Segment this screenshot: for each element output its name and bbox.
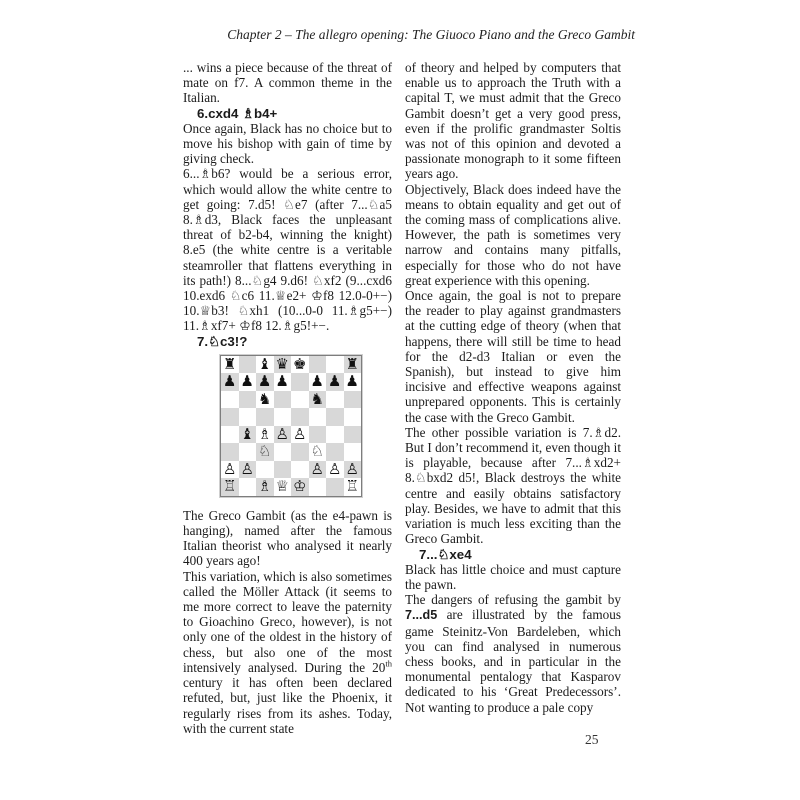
chess-piece-icon: ♙ xyxy=(276,426,289,444)
chess-piece-icon: ♞ xyxy=(311,391,324,409)
paragraph: ... wins a piece because of the threat o… xyxy=(183,60,392,106)
board-square xyxy=(239,356,257,374)
paragraph: The other possible variation is 7.♗d2. B… xyxy=(405,425,621,547)
text-run: Black has little choice and must capture… xyxy=(405,562,621,592)
text-run: th xyxy=(385,659,392,669)
board-square: ♙ xyxy=(326,461,344,479)
paragraph: The dangers of refusing the gambit by 7.… xyxy=(405,592,621,715)
board-square xyxy=(256,408,274,426)
board-square: ♙ xyxy=(239,461,257,479)
text-run: This variation, which is also sometimes … xyxy=(183,569,392,675)
chess-piece-icon: ♟ xyxy=(223,373,236,391)
move-line: 7...♘xe4 xyxy=(405,547,621,562)
board-square xyxy=(239,391,257,409)
chess-piece-icon: ♘ xyxy=(258,443,271,461)
board-square: ♗ xyxy=(256,478,274,496)
chess-diagram: ♜♝♛♚♜♟♟♟♟♟♟♟♞♞♝♗♙♙♘♘♙♙♙♙♙♖♗♕♔♖ xyxy=(220,355,362,497)
board-square xyxy=(309,408,327,426)
board-square: ♜ xyxy=(221,356,239,374)
text-run: The other possible variation is 7.♗d2. B… xyxy=(405,425,621,546)
paragraph: 6...♗b6? would be a serious error, which… xyxy=(183,166,392,333)
board-square xyxy=(344,391,362,409)
right-column: of theory and helped by computers that e… xyxy=(405,60,621,715)
board-square: ♗ xyxy=(256,426,274,444)
paragraph: Objectively, Black does indeed have the … xyxy=(405,182,621,288)
board-square xyxy=(344,426,362,444)
board-square xyxy=(344,408,362,426)
board-square: ♟ xyxy=(239,373,257,391)
board-square: ♙ xyxy=(274,426,292,444)
board-square xyxy=(221,426,239,444)
move-line: 6.cxd4 ♗b4+ xyxy=(183,106,392,121)
board-square: ♟ xyxy=(344,373,362,391)
board-square xyxy=(291,461,309,479)
paragraph: Black has little choice and must capture… xyxy=(405,562,621,592)
move-text: 7...d5 xyxy=(405,608,437,622)
chess-piece-icon: ♟ xyxy=(258,373,271,391)
board-square xyxy=(326,391,344,409)
paragraph: Once again, Black has no choice but to m… xyxy=(183,121,392,167)
board-square xyxy=(344,443,362,461)
chess-piece-icon: ♟ xyxy=(311,373,324,391)
board-square: ♟ xyxy=(221,373,239,391)
text-run: ... wins a piece because of the threat o… xyxy=(183,60,392,105)
text-run: 7...♘xe4 xyxy=(419,547,472,562)
chess-piece-icon: ♟ xyxy=(241,373,254,391)
text-run: Objectively, Black does indeed have the … xyxy=(405,182,621,288)
board-square xyxy=(291,443,309,461)
chess-piece-icon: ♝ xyxy=(258,356,271,374)
running-header: Chapter 2 – The allegro opening: The Giu… xyxy=(227,27,635,42)
board-square: ♔ xyxy=(291,478,309,496)
board-square xyxy=(326,443,344,461)
board-square: ♟ xyxy=(309,373,327,391)
board-square: ♟ xyxy=(256,373,274,391)
chess-piece-icon: ♙ xyxy=(293,426,306,444)
paragraph: of theory and helped by computers that e… xyxy=(405,60,621,182)
text-run: Once again, Black has no choice but to m… xyxy=(183,121,392,166)
paragraph: The Greco Gambit (as the e4-pawn is hang… xyxy=(183,508,392,569)
left-column: ... wins a piece because of the threat o… xyxy=(183,60,392,736)
board-square: ♛ xyxy=(274,356,292,374)
chess-piece-icon: ♜ xyxy=(223,356,236,374)
board-square: ♕ xyxy=(274,478,292,496)
board-square: ♖ xyxy=(344,478,362,496)
board-square: ♙ xyxy=(221,461,239,479)
board-square xyxy=(326,408,344,426)
chess-piece-icon: ♙ xyxy=(223,461,236,479)
chess-piece-icon: ♙ xyxy=(328,461,341,479)
chess-piece-icon: ♙ xyxy=(346,461,359,479)
chess-piece-icon: ♟ xyxy=(346,373,359,391)
board-square xyxy=(291,391,309,409)
board-square: ♙ xyxy=(344,461,362,479)
board-square: ♟ xyxy=(274,373,292,391)
board-square xyxy=(256,461,274,479)
text-run: The Greco Gambit (as the e4-pawn is hang… xyxy=(183,508,392,569)
chess-piece-icon: ♙ xyxy=(311,461,324,479)
board-square xyxy=(239,408,257,426)
chess-piece-icon: ♘ xyxy=(311,443,324,461)
board-square: ♞ xyxy=(256,391,274,409)
chess-piece-icon: ♖ xyxy=(346,478,359,496)
board-square xyxy=(326,356,344,374)
text-run: Once again, the goal is not to prepare t… xyxy=(405,288,621,425)
move-line: 7.♘c3!? xyxy=(183,334,392,349)
chess-piece-icon: ♚ xyxy=(293,356,306,374)
board-square xyxy=(291,408,309,426)
chess-piece-icon: ♖ xyxy=(223,478,236,496)
board-square: ♙ xyxy=(309,461,327,479)
board-square xyxy=(309,426,327,444)
board-square xyxy=(291,373,309,391)
paragraph: This variation, which is also sometimes … xyxy=(183,569,392,736)
text-run: The dangers of refusing the gambit by xyxy=(405,592,621,607)
board-square: ♞ xyxy=(309,391,327,409)
board-square: ♝ xyxy=(256,356,274,374)
board-square xyxy=(274,391,292,409)
chess-piece-icon: ♟ xyxy=(328,373,341,391)
board-square xyxy=(326,478,344,496)
board-square xyxy=(239,443,257,461)
chess-board: ♜♝♛♚♜♟♟♟♟♟♟♟♞♞♝♗♙♙♘♘♙♙♙♙♙♖♗♕♔♖ xyxy=(220,355,362,497)
text-run: 7.♘c3!? xyxy=(197,334,247,349)
board-square xyxy=(239,478,257,496)
board-square xyxy=(221,391,239,409)
board-square xyxy=(274,443,292,461)
chess-piece-icon: ♙ xyxy=(241,461,254,479)
board-square: ♝ xyxy=(239,426,257,444)
chess-piece-icon: ♔ xyxy=(293,478,306,496)
board-square xyxy=(221,443,239,461)
chess-piece-icon: ♛ xyxy=(276,356,289,374)
text-run: are illustrated by the famous game Stein… xyxy=(405,607,621,714)
board-square xyxy=(221,408,239,426)
chess-piece-icon: ♜ xyxy=(346,356,359,374)
chess-piece-icon: ♟ xyxy=(276,373,289,391)
chess-piece-icon: ♝ xyxy=(241,426,254,444)
board-square xyxy=(309,478,327,496)
board-square xyxy=(309,356,327,374)
board-square: ♟ xyxy=(326,373,344,391)
board-square xyxy=(326,426,344,444)
chess-piece-icon: ♞ xyxy=(258,391,271,409)
board-square: ♜ xyxy=(344,356,362,374)
text-run: 6...♗b6? would be a serious error, which… xyxy=(183,166,392,333)
chess-piece-icon: ♕ xyxy=(276,478,289,496)
board-square xyxy=(274,461,292,479)
board-square: ♘ xyxy=(256,443,274,461)
chess-piece-icon: ♗ xyxy=(258,478,271,496)
page-number: 25 xyxy=(585,732,599,748)
board-square: ♖ xyxy=(221,478,239,496)
paragraph: Once again, the goal is not to prepare t… xyxy=(405,288,621,425)
text-run: of theory and helped by computers that e… xyxy=(405,60,621,181)
chess-piece-icon: ♗ xyxy=(258,426,271,444)
text-run: 6.cxd4 ♗b4+ xyxy=(197,106,277,121)
board-square: ♚ xyxy=(291,356,309,374)
board-square xyxy=(274,408,292,426)
board-square: ♘ xyxy=(309,443,327,461)
text-run: century it has often been declared refut… xyxy=(183,675,392,736)
board-square: ♙ xyxy=(291,426,309,444)
